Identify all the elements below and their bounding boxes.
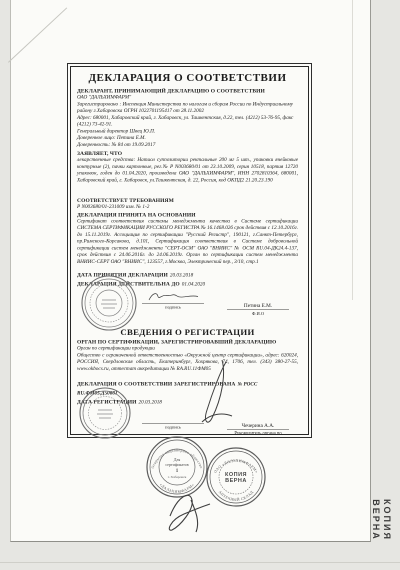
registration-org-type: Орган по сертификации продукции — [77, 345, 298, 352]
stamp-partial-2 — [78, 386, 132, 440]
signature2-name: Чечерина А.А. — [227, 423, 289, 429]
date-accepted-value: 20.03.2018 — [170, 273, 193, 279]
signature2-line — [142, 423, 204, 424]
declarant-trustee: Доверенное лицо: Петина Е.М. — [77, 135, 298, 142]
copy-verna-side-stamp: КОПИЯ ВЕРНА — [370, 484, 392, 556]
copy-verna-line2: ВЕРНА — [370, 484, 381, 556]
copy-verna-line1: КОПИЯ — [381, 484, 392, 556]
signature1-line — [142, 303, 204, 304]
stamp-partial-1 — [80, 274, 138, 332]
declaration-frame: ДЕКЛАРАЦИЯ О СООТВЕТСТВИИ ДЕКЛАРАНТ, ПРИ… — [70, 66, 309, 435]
right-stamp-center-line2: ВЕРНА — [225, 478, 247, 484]
product-description: лекарственные средства: Натиол суппозито… — [77, 157, 298, 184]
handwritten-signature-2 — [196, 356, 236, 428]
registration-org-details: Общество с ограниченной ответственностью… — [77, 352, 298, 372]
scanned-declaration-document: { "declaration": { "title": "ДЕКЛАРАЦИЯ … — [0, 0, 400, 570]
right-stamp-center-line1: КОПИЯ — [225, 472, 247, 478]
declarant-address: Адрес: 680001, Хабаровский край, г. Хаба… — [77, 114, 298, 128]
signature2-caption: подпись — [142, 425, 204, 430]
valid-until-value: 01.04.2020 — [182, 282, 205, 288]
right-stamp-ring-bottom-text: АПТЕЧНЫЙ СКЛАД — [218, 490, 254, 502]
conforms-reference: Р N003680/01-231009 изм. № 1-2 — [77, 204, 298, 211]
signature1-caption: подпись — [142, 305, 204, 310]
declarant-registration: Зарегистрировано : Инспекция Министерств… — [77, 101, 298, 115]
left-stamp-center-number: 1 — [176, 469, 179, 474]
scanner-edge-line — [0, 562, 400, 563]
declarant-power-of-attorney: Доверенность: № 84 от 19.09.2017 — [77, 141, 298, 148]
declarant-director: Генеральный директор Швец Ю.П. — [77, 128, 298, 135]
document-title: ДЕКЛАРАЦИЯ О СООТВЕТСТВИИ — [77, 71, 298, 84]
registration-date-value: 20.03.2018 — [139, 400, 162, 406]
signature1-block: подпись — [142, 303, 204, 316]
svg-text:АПТЕЧНЫЙ СКЛАД: АПТЕЧНЫЙ СКЛАД — [218, 490, 254, 502]
signature2-name-line — [227, 430, 289, 431]
signature1-name-block: Петина Е.М. Ф.И.О — [227, 303, 289, 316]
signature1-name: Петина Е.М. — [227, 303, 289, 309]
signature1-name-caption: Ф.И.О — [227, 311, 289, 316]
left-stamp-center-city: г. Хабаровск — [168, 475, 187, 479]
basis-text: Сертификат соответствия системы менеджме… — [77, 218, 298, 265]
signature1-name-line — [227, 310, 289, 311]
handwritten-signature-3 — [160, 486, 216, 538]
left-stamp-center-line2: сертификатов — [165, 462, 188, 467]
page-edge-shadow — [352, 0, 353, 300]
handwritten-signature-1 — [146, 290, 201, 303]
declarant-name: ОАО "ДАЛЬХИМФАРМ" — [77, 94, 298, 101]
declaration-content: ДЕКЛАРАЦИЯ О СООТВЕТСТВИИ ДЕКЛАРАНТ, ПРИ… — [71, 67, 304, 435]
left-stamp-center-line1: Для — [174, 457, 181, 462]
